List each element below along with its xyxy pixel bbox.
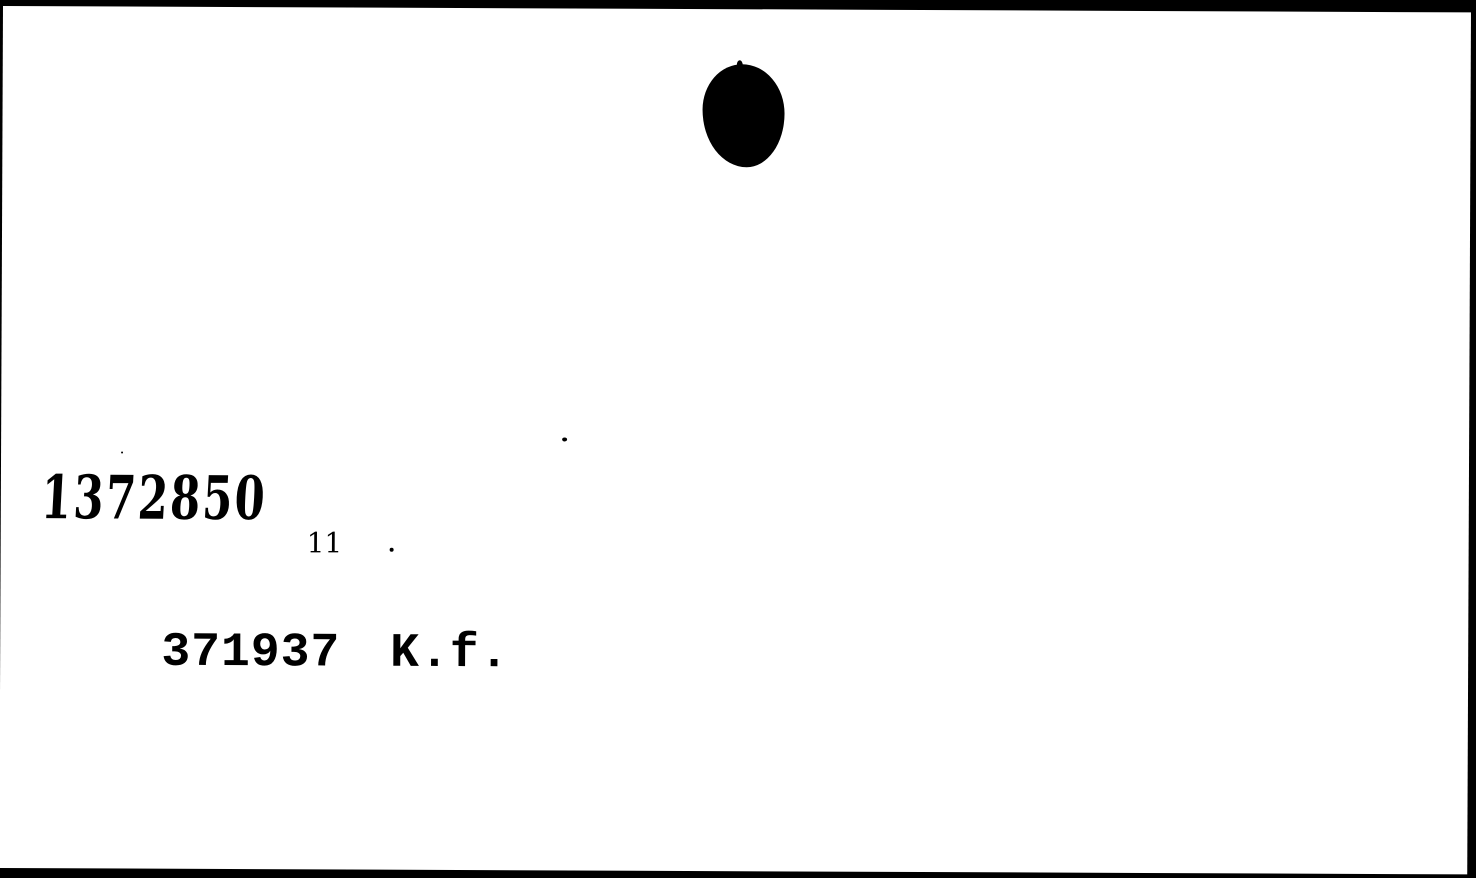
typed-number: 371937 (161, 629, 340, 678)
handwritten-annotation: 11 (307, 529, 343, 557)
typed-line: 371937K.f. (42, 580, 510, 726)
index-card: 1372850 11 371937K.f. (0, 6, 1471, 874)
ink-speck (390, 548, 394, 552)
punch-hole-icon (702, 64, 784, 167)
ink-speck (121, 452, 123, 454)
ink-speck (562, 437, 567, 441)
edge-scuff (979, 875, 999, 877)
handwritten-number: 1372850 (40, 468, 269, 529)
typed-abbreviation: K.f. (390, 630, 509, 679)
